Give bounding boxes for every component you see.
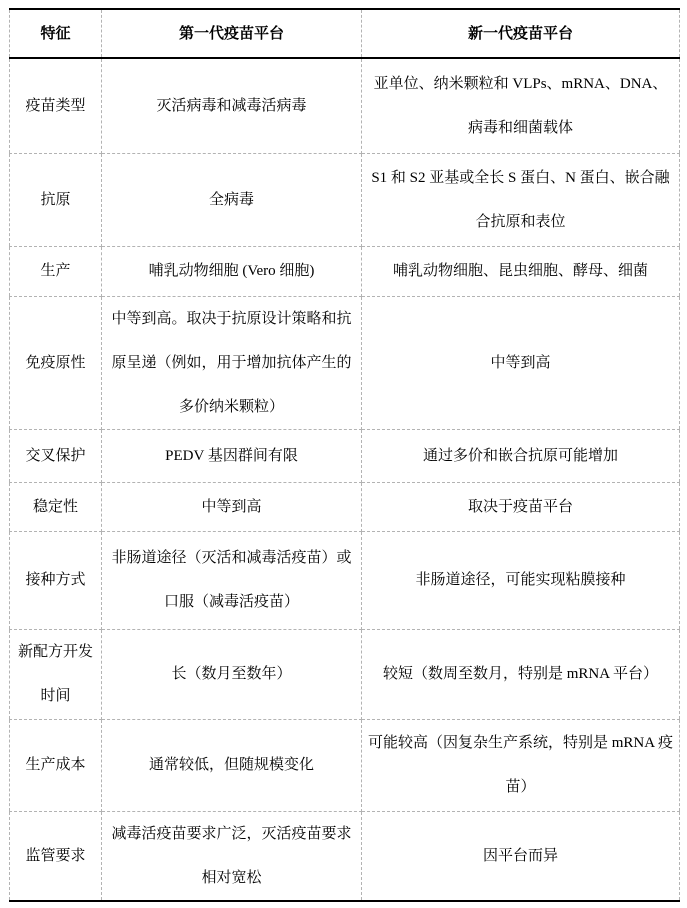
cell-first-gen: 哺乳动物细胞 (Vero 细胞) <box>102 246 362 296</box>
cell-first-gen: 全病毒 <box>102 153 362 246</box>
cell-first-gen: 非肠道途径（灭活和减毒活疫苗）或口服（减毒活疫苗） <box>102 531 362 629</box>
cell-first-gen: 减毒活疫苗要求广泛，灭活疫苗要求相对宽松 <box>102 811 362 901</box>
cell-feature: 新配方开发时间 <box>10 629 102 719</box>
cell-first-gen: 长（数月至数年） <box>102 629 362 719</box>
cell-feature: 交叉保护 <box>10 429 102 482</box>
cell-first-gen: 中等到高。取决于抗原设计策略和抗原呈递（例如，用于增加抗体产生的多价纳米颗粒） <box>102 296 362 429</box>
cell-next-gen: 取决于疫苗平台 <box>362 482 680 531</box>
table-row: 接种方式 非肠道途径（灭活和减毒活疫苗）或口服（减毒活疫苗） 非肠道途径，可能实… <box>10 531 680 629</box>
cell-next-gen: 亚单位、纳米颗粒和 VLPs、mRNA、DNA、病毒和细菌载体 <box>362 58 680 153</box>
cell-feature: 稳定性 <box>10 482 102 531</box>
cell-feature: 抗原 <box>10 153 102 246</box>
table-row: 交叉保护 PEDV 基因群间有限 通过多价和嵌合抗原可能增加 <box>10 429 680 482</box>
table-row: 抗原 全病毒 S1 和 S2 亚基或全长 S 蛋白、N 蛋白、嵌合融合抗原和表位 <box>10 153 680 246</box>
cell-next-gen: 因平台而异 <box>362 811 680 901</box>
table-row: 监管要求 减毒活疫苗要求广泛，灭活疫苗要求相对宽松 因平台而异 <box>10 811 680 901</box>
cell-feature: 生产成本 <box>10 719 102 811</box>
cell-first-gen: 通常较低，但随规模变化 <box>102 719 362 811</box>
table-row: 生产成本 通常较低，但随规模变化 可能较高（因复杂生产系统，特别是 mRNA 疫… <box>10 719 680 811</box>
cell-feature: 疫苗类型 <box>10 58 102 153</box>
cell-next-gen: 中等到高 <box>362 296 680 429</box>
vaccine-comparison-table: 特征 第一代疫苗平台 新一代疫苗平台 疫苗类型 灭活病毒和减毒活病毒 亚单位、纳… <box>9 8 680 902</box>
cell-feature: 监管要求 <box>10 811 102 901</box>
document-page: 特征 第一代疫苗平台 新一代疫苗平台 疫苗类型 灭活病毒和减毒活病毒 亚单位、纳… <box>0 0 687 908</box>
cell-next-gen: 非肠道途径，可能实现粘膜接种 <box>362 531 680 629</box>
cell-next-gen: 较短（数周至数月，特别是 mRNA 平台） <box>362 629 680 719</box>
cell-feature: 生产 <box>10 246 102 296</box>
cell-first-gen: PEDV 基因群间有限 <box>102 429 362 482</box>
cell-next-gen: 通过多价和嵌合抗原可能增加 <box>362 429 680 482</box>
cell-next-gen: S1 和 S2 亚基或全长 S 蛋白、N 蛋白、嵌合融合抗原和表位 <box>362 153 680 246</box>
table-row: 免疫原性 中等到高。取决于抗原设计策略和抗原呈递（例如，用于增加抗体产生的多价纳… <box>10 296 680 429</box>
table-row: 生产 哺乳动物细胞 (Vero 细胞) 哺乳动物细胞、昆虫细胞、酵母、细菌 <box>10 246 680 296</box>
header-cell-first-gen: 第一代疫苗平台 <box>102 9 362 58</box>
table-row: 新配方开发时间 长（数月至数年） 较短（数周至数月，特别是 mRNA 平台） <box>10 629 680 719</box>
header-row: 特征 第一代疫苗平台 新一代疫苗平台 <box>10 9 680 58</box>
cell-first-gen: 中等到高 <box>102 482 362 531</box>
cell-feature: 免疫原性 <box>10 296 102 429</box>
table-row: 稳定性 中等到高 取决于疫苗平台 <box>10 482 680 531</box>
header-cell-next-gen: 新一代疫苗平台 <box>362 9 680 58</box>
cell-next-gen: 哺乳动物细胞、昆虫细胞、酵母、细菌 <box>362 246 680 296</box>
table-row: 疫苗类型 灭活病毒和减毒活病毒 亚单位、纳米颗粒和 VLPs、mRNA、DNA、… <box>10 58 680 153</box>
cell-first-gen: 灭活病毒和减毒活病毒 <box>102 58 362 153</box>
header-cell-feature: 特征 <box>10 9 102 58</box>
cell-feature: 接种方式 <box>10 531 102 629</box>
cell-next-gen: 可能较高（因复杂生产系统，特别是 mRNA 疫苗） <box>362 719 680 811</box>
